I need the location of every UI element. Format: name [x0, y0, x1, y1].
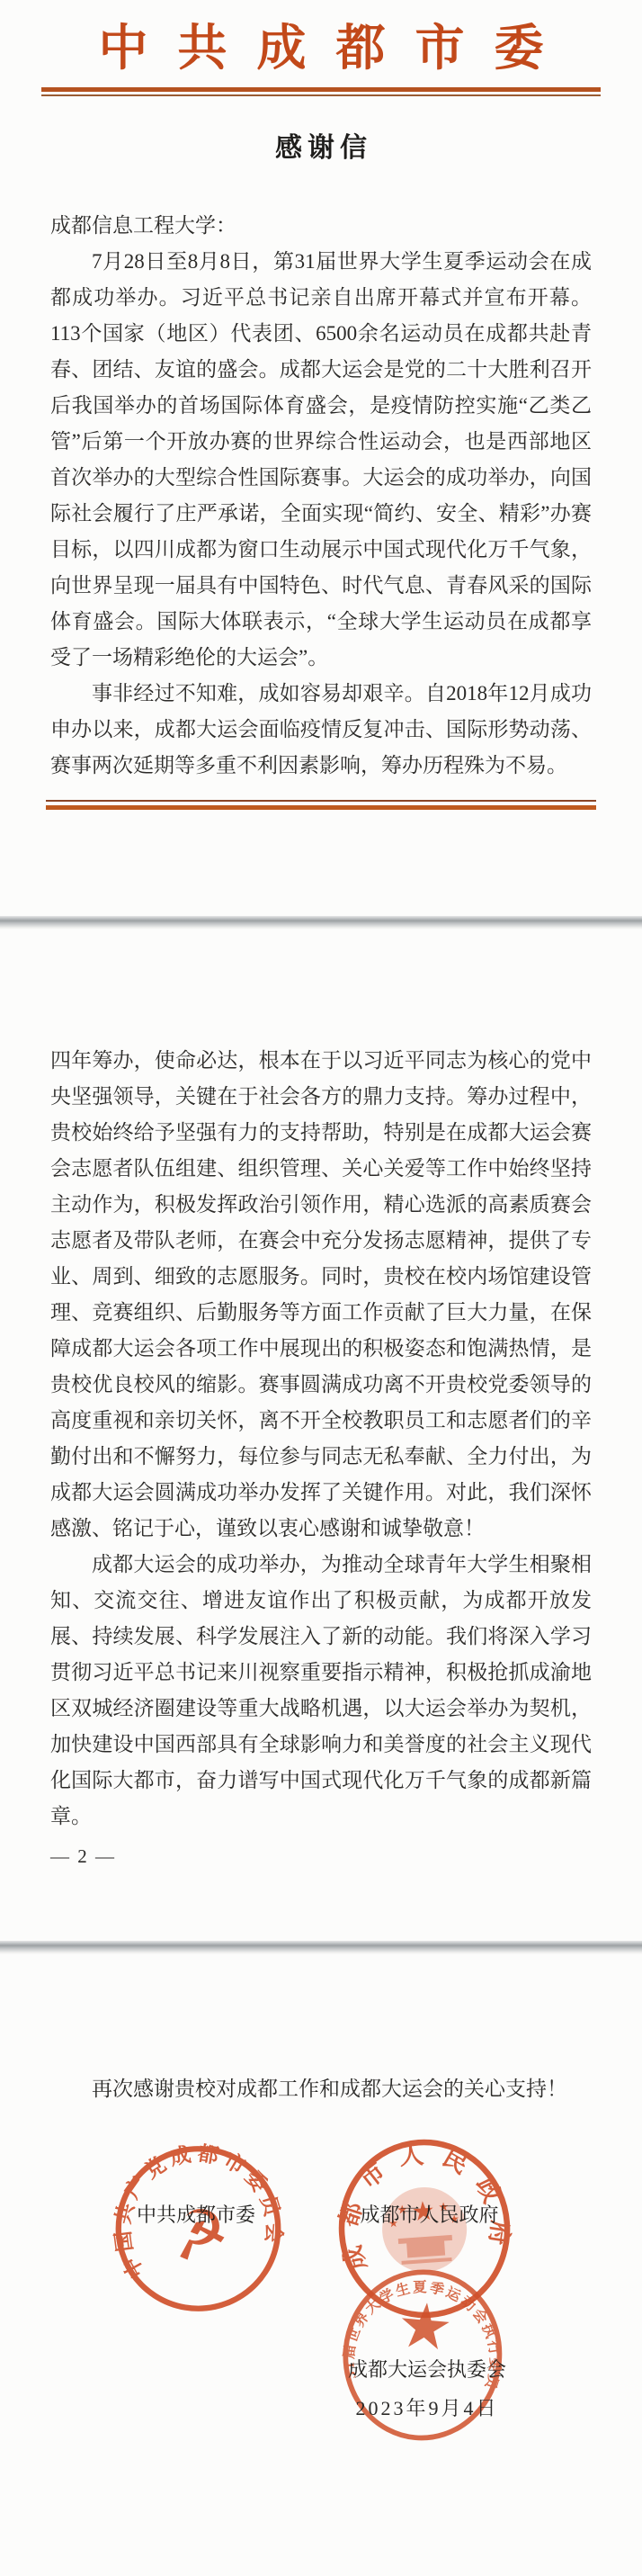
letterhead-divider-thin-line	[41, 94, 601, 96]
paragraph-3: 成都大运会的成功举办，为推动全球青年大学生相聚相知、交流交往、增进友谊作出了积极…	[50, 1547, 592, 1835]
page1-body: 成都信息工程大学： 7月28日至8月8日，第31届世界大学生夏季运动会在成都成功…	[50, 208, 592, 784]
page-number: — 2 —	[50, 1845, 642, 1868]
signature-party-committee: 中共成都市委	[124, 2203, 268, 2228]
page-3: 再次感谢贵校对成都工作和成都大运会的关心支持！ 中国共产党成都市委员会 ☭ ★ …	[0, 1954, 642, 2576]
page1-bottom-rule-thin-line	[46, 800, 596, 802]
page1-bottom-rule-thick-line	[46, 805, 596, 810]
signature-executive-committee: 成都大运会执委会	[319, 2357, 535, 2383]
page2-body: 四年筹办，使命必达，根本在于以习近平同志为核心的党中央坚强领导，关键在于社会各方…	[50, 929, 592, 1835]
letter-date: 2023年9月4日	[319, 2396, 535, 2421]
salutation: 成都信息工程大学：	[50, 208, 592, 244]
page-1: 中共成都市委 感谢信 成都信息工程大学： 7月28日至8月8日，第31届世界大学…	[0, 0, 642, 916]
closing-line: 再次感谢贵校对成都工作和成都大运会的关心支持！	[50, 1954, 592, 2107]
scanned-letter: 中共成都市委 感谢信 成都信息工程大学： 7月28日至8月8日，第31届世界大学…	[0, 0, 642, 2576]
seal-star-icon: ★	[397, 2298, 452, 2359]
page-2: 四年筹办，使命必达，根本在于以习近平同志为核心的党中央坚强领导，关键在于社会各方…	[0, 929, 642, 1941]
document-title: 感谢信	[0, 132, 642, 165]
letterhead-divider-thick-line	[41, 87, 601, 92]
paragraph-1: 7月28日至8月8日，第31届世界大学生夏季运动会在成都成功举办。习近平总书记亲…	[50, 244, 592, 676]
party-committee-seal-graphic: 中国共产党成都市委员会 ☭	[94, 2123, 302, 2335]
signature-government: 成都市人民政府	[355, 2203, 504, 2228]
paragraph-2: 事非经过不知难，成如容易却艰辛。自2018年12月成功申办以来，成都大运会面临疫…	[50, 676, 592, 784]
page1-bottom-rule	[46, 800, 596, 810]
paragraph-2-continued: 四年筹办，使命必达，根本在于以习近平同志为核心的党中央坚强领导，关键在于社会各方…	[50, 1043, 592, 1547]
letterhead-title: 中共成都市委	[0, 0, 642, 76]
page-separator-1	[0, 916, 642, 929]
page-separator-2	[0, 1941, 642, 1954]
party-committee-seal: 中国共产党成都市委员会 ☭	[94, 2123, 302, 2335]
letterhead-divider	[41, 87, 601, 96]
